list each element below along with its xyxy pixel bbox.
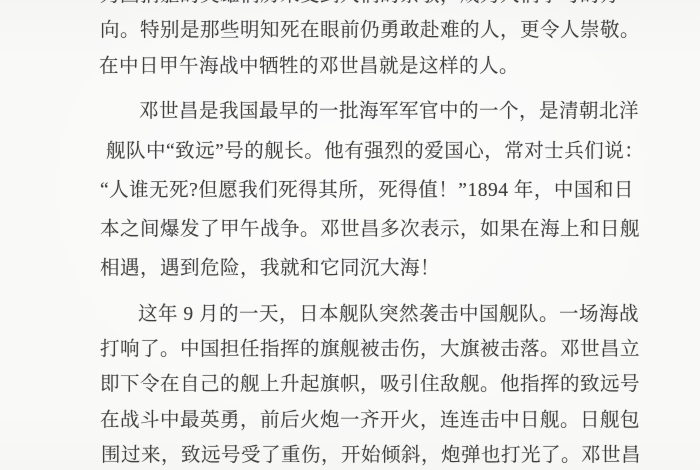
text-line: 在战斗中最英勇，前后火炮一齐开火，连连击中日舰。日舰包 — [100, 411, 640, 431]
text-line-clipped: 为国捐躯的英雄们历来受到人们的崇敬，成为人们学习的方 — [100, 0, 620, 6]
text-line: 相遇，遇到危险，我就和它同沉大海！ — [100, 259, 440, 279]
text-line: 即下令在自己的舰上升起旗帜，吸引住敌舰。他指挥的致远号 — [100, 375, 640, 395]
document-page: 为国捐躯的英雄们历来受到人们的崇敬，成为人们学习的方 向。特别是那些明知死在眼前… — [0, 0, 700, 470]
text-line-paragraph-start: 这年 9 月的一天，日本舰队突然袭击中国舰队。一场海战 — [138, 305, 639, 325]
text-line: 打响了。中国担任指挥的旗舰被击伤，大旗被击落。邓世昌立 — [100, 340, 640, 360]
text-line-paragraph-start: 邓世昌是我国最早的一批海军军官中的一个，是清朝北洋 — [139, 102, 639, 122]
text-line: 向。特别是那些明知死在眼前仍勇敢赴难的人，更令人崇敬。 — [100, 21, 640, 41]
text-line: 围过来，致远号受了重伤，开始倾斜，炮弹也打光了。邓世昌 — [101, 446, 641, 466]
text-line: “人谁无死?但愿我们死得其所，死得值！”1894 年，中国和日 — [100, 181, 634, 201]
text-line: 在中日甲午海战中牺牲的邓世昌就是这样的人。 — [99, 57, 519, 77]
text-line: 本之间爆发了甲午战争。邓世昌多次表示，如果在海上和日舰 — [100, 220, 640, 240]
text-line: 舰队中“致远”号的舰长。他有强烈的爱国心，常对士兵们说： — [106, 142, 644, 162]
